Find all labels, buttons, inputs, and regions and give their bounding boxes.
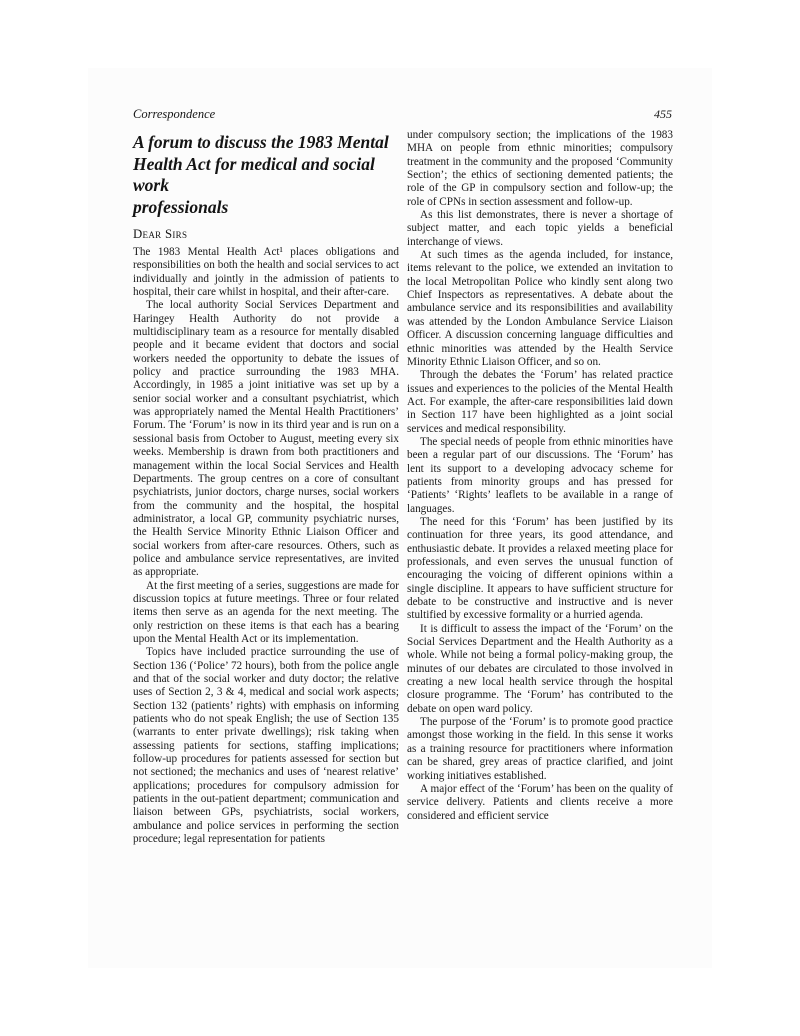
paragraph: under compulsory section; the implicatio… bbox=[407, 129, 673, 209]
salutation: Dear Sirs bbox=[133, 227, 399, 241]
paragraph: The 1983 Mental Health Act¹ places oblig… bbox=[133, 246, 399, 299]
article-title: A forum to discuss the 1983 Mental Healt… bbox=[133, 132, 399, 218]
paragraph: As this list demonstrates, there is neve… bbox=[407, 209, 673, 249]
paragraph: A major effect of the ‘Forum’ has been o… bbox=[407, 783, 673, 823]
paragraph: Through the debates the ‘Forum’ has rela… bbox=[407, 369, 673, 436]
paragraph: The need for this ‘Forum’ has been justi… bbox=[407, 516, 673, 623]
paragraph: Topics have included practice surroundin… bbox=[133, 646, 399, 846]
article-title-line: professionals bbox=[133, 197, 399, 219]
paragraph: At such times as the agenda included, fo… bbox=[407, 249, 673, 369]
running-head: Correspondence bbox=[133, 107, 215, 121]
right-column: under compulsory section; the implicatio… bbox=[407, 129, 673, 823]
paragraph: It is difficult to assess the impact of … bbox=[407, 623, 673, 716]
article-title-line: Health Act for medical and social work bbox=[133, 154, 399, 197]
article-title-line: A forum to discuss the 1983 Mental bbox=[133, 132, 399, 154]
page-number: 455 bbox=[654, 107, 672, 121]
scanned-journal-page: { "page": { "running_head": "Corresponde… bbox=[0, 0, 800, 1036]
paragraph: The local authority Social Services Depa… bbox=[133, 299, 399, 579]
left-column: A forum to discuss the 1983 Mental Healt… bbox=[133, 132, 399, 846]
page-background: Correspondence 455 A forum to discuss th… bbox=[88, 68, 712, 968]
paragraph: The special needs of people from ethnic … bbox=[407, 436, 673, 516]
paragraph: At the first meeting of a series, sugges… bbox=[133, 580, 399, 647]
paragraph: The purpose of the ‘Forum’ is to promote… bbox=[407, 716, 673, 783]
